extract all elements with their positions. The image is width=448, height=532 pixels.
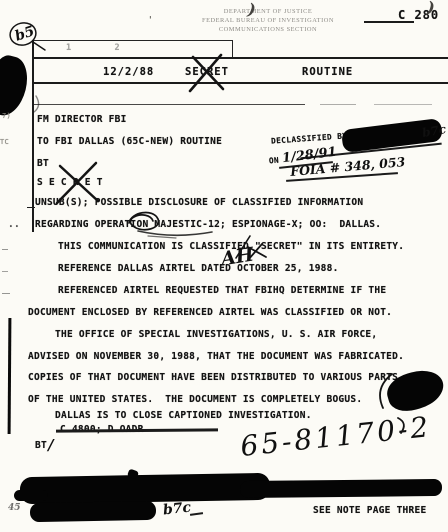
body-line: DOCUMENT ENCLOSED BY REFERENCED AIRTEL W…: [28, 307, 392, 318]
rule-mid: [33, 104, 305, 105]
see-note-footer: SEE NOTE PAGE THREE: [313, 505, 426, 516]
form-left-margin-line: [32, 40, 34, 232]
redaction-bar-right: [240, 479, 442, 498]
stamp-exemption-code: b7c: [421, 122, 447, 140]
stamp-on-label: ON: [269, 156, 279, 166]
scanned-fbi-teletype-page: DEPARTMENT OF JUSTICE FEDERAL BUREAU OF …: [0, 0, 448, 532]
form-header-box: [33, 40, 233, 58]
redaction-blob-bottom: [30, 501, 156, 522]
underline-majestic: [138, 231, 212, 235]
body-line: OF THE UNITED STATES. THE DOCUMENT IS CO…: [28, 394, 362, 405]
precedence-field: ROUTINE: [302, 66, 353, 78]
corner-mark-underline: [364, 21, 414, 23]
margin-tick: [2, 293, 10, 294]
stamp-declassified-by: DECLASSIFIED BY: [271, 131, 348, 145]
underline-majestic-scratch: [148, 236, 176, 238]
body-line: UNSUB(S); POSSIBLE DISCLOSURE OF CLASSIF…: [35, 197, 363, 208]
letterhead-line-3: COMMUNICATIONS SECTION: [163, 26, 373, 33]
body-line: REFERENCED AIRTEL REQUESTED THAT FBIHQ D…: [58, 285, 386, 296]
classification-header: SECRET: [185, 66, 229, 78]
margin-dots: ..: [8, 219, 20, 230]
footer-left-handwritten-mark: 45: [8, 503, 21, 513]
body-line: COPIES OF THAT DOCUMENT HAVE BEEN DISTRI…: [28, 372, 398, 383]
line-bt-open: BT: [37, 158, 49, 169]
rule-under-header: [33, 82, 448, 84]
letterhead-line-1: DEPARTMENT OF JUSTICE: [163, 8, 373, 15]
body-line: THE OFFICE OF SPECIAL INVESTIGATIONS, U.…: [55, 329, 377, 340]
margin-mark: TC: [0, 138, 9, 146]
strikethrough-line: [56, 428, 218, 432]
scan-speck: ': [149, 16, 152, 26]
footer-exemption-code: b7c: [162, 500, 192, 519]
footer-exemption-dash: [190, 512, 203, 516]
date-field: 12/2/88: [103, 66, 154, 78]
left-edge-ink-blob: [0, 53, 33, 120]
redaction-bar-tail: [14, 490, 48, 501]
body-line: REGARDING OPERATION MAJESTIC-12; ESPIONA…: [35, 219, 381, 230]
line-bt-close: BT: [35, 440, 47, 451]
form-page-note: 1 2: [66, 43, 127, 53]
scan-paren-mark: ): [426, 0, 436, 17]
line-secret-spaced: S E C R E T: [37, 177, 103, 188]
bt-handwritten-slash: /: [48, 436, 53, 454]
margin-tick: [2, 271, 8, 272]
margin-pen-line: [8, 318, 11, 434]
body-line: ADVISED ON NOVEMBER 30, 1988, THAT THE D…: [28, 351, 404, 362]
body-line: DALLAS IS TO CLOSE CAPTIONED INVESTIGATI…: [55, 410, 312, 421]
line-to: TO FBI DALLAS (65C-NEW) ROUTINE: [37, 136, 222, 147]
line-from: FM DIRECTOR FBI: [37, 114, 127, 125]
rule-mid-dash: [320, 104, 356, 105]
rule-top: [33, 57, 448, 59]
margin-tick: [2, 249, 8, 250]
redaction-bar-left: [20, 473, 270, 504]
letterhead-line-2: FEDERAL BUREAU OF INVESTIGATION: [163, 17, 373, 24]
margin-mark: 7): [2, 112, 11, 120]
underscore-mark: [27, 207, 35, 208]
body-line: REFERENCE DALLAS AIRTEL DATED OCTOBER 25…: [58, 263, 339, 274]
rule-mid-dash: [374, 104, 432, 105]
